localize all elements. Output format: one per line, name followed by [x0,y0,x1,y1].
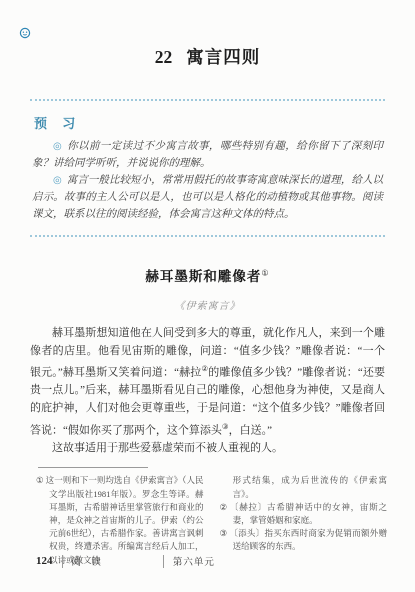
circle-bullet-icon: ◎ [53,175,62,186]
preview-item-1: ◎你以前一定读过不少寓言故事，哪些特别有趣，给你留下了深刻印象？讲给同学听听，并… [32,138,383,172]
footnote-1-text: 这一则和下一则均选自《伊索寓言》（人民文学出版社1981年版）。罗念生等译。赫耳… [46,475,204,564]
footnote-ref-3: ③ [222,422,229,431]
preview-label: 预 习 [34,113,383,132]
footer-unit-label: 第六单元 [173,554,215,568]
paragraph-text: ，白送。” [229,424,272,436]
footnote-divider [38,467,148,468]
footnote-column-right: 形式结集，成为后世流传的《伊索寓言》。 ②〔赫拉〕古希腊神话中的女神，宙斯之妻，… [220,474,388,566]
circle-bullet-icon: ◎ [53,141,62,152]
footnote-3: ③〔添头〕指买东西时商家为促销而额外赠送给顾客的东西。 [220,527,388,553]
article-paragraph-2: 这故事适用于那些爱慕虚荣而不被人重视的人。 [30,440,385,458]
article-paragraph-1: 赫耳墨斯想知道他在人间受到多大的尊重，就化作凡人，来到一个雕像者的店里。他看见宙… [30,325,385,440]
footnote-2-text: 〔赫拉〕古希腊神话中的女神，宙斯之妻，掌管婚姻和家庭。 [230,502,387,525]
footnote-1-marker: ① [36,475,44,485]
preview-item-2: ◎寓言一般比较短小，常常用假托的故事寄寓意味深长的道理，给人以启示。故事的主人公… [32,172,383,223]
lesson-title-text: 寓言四则 [186,47,260,67]
audio-icon[interactable] [19,26,31,38]
article-title-text: 赫耳墨斯和雕像者 [145,269,261,284]
footer-divider [163,555,164,568]
footnote-3-marker: ③ [220,528,228,538]
footnote-2-marker: ② [220,502,228,512]
article-title: 赫耳墨斯和雕像者① [0,265,415,285]
article-source: 《伊索寓言》 [0,297,415,312]
footnote-ref-1: ① [261,269,269,278]
lesson-title: 22寓言四则 [0,0,415,69]
preview-item-1-text: 你以前一定读过不少寓言故事，哪些特别有趣，给你留下了深刻印象？讲给同学听听，并说… [32,141,383,169]
footer-section-label: 阅 读 [72,554,105,568]
preview-item-2-text: 寓言一般比较短小，常常用假托的故事寄寓意味深长的道理，给人以启示。故事的主人公可… [32,175,383,220]
footnote-2: ②〔赫拉〕古希腊神话中的女神，宙斯之妻，掌管婚姻和家庭。 [220,501,388,527]
footnote-3-text: 〔添头〕指买东西时商家为促销而额外赠送给顾客的东西。 [229,528,387,551]
page-footer: 124 阅 读 第六单元 [36,554,215,568]
textbook-page: 22寓言四则 预 习 ◎你以前一定读过不少寓言故事，哪些特别有趣，给你留下了深刻… [0,0,415,592]
footer-divider [62,555,63,568]
footnote-1-continuation: 形式结集，成为后世流传的《伊索寓言》。 [220,474,388,500]
article-body: 赫耳墨斯想知道他在人间受到多大的尊重，就化作凡人，来到一个雕像者的店里。他看见宙… [30,325,385,457]
preview-box: 预 习 ◎你以前一定读过不少寓言故事，哪些特别有趣，给你留下了深刻印象？讲给同学… [30,99,385,237]
lesson-number: 22 [155,47,173,67]
page-number: 124 [36,555,53,567]
